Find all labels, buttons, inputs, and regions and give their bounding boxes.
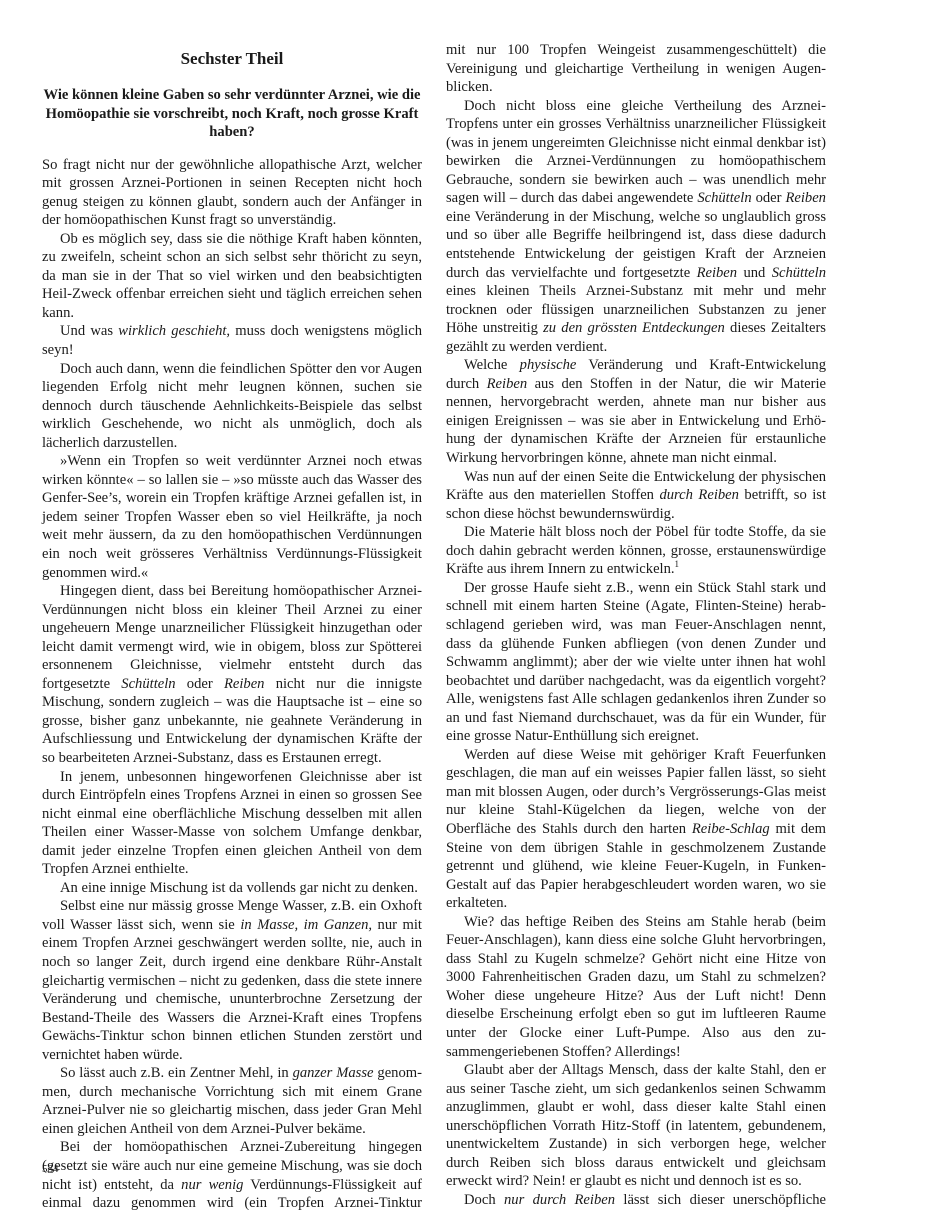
paragraph: In jenem, unbesonnen hingeworfenen Gleic…	[42, 768, 422, 879]
paragraph: Und was wirklich geschieht, muss doch we…	[42, 322, 422, 359]
paragraph: Selbst eine nur mässig grosse Menge Wass…	[42, 897, 422, 1064]
paragraph: Doch nur durch Reiben lässt sich dieser …	[446, 1191, 826, 1210]
paragraph: mit nur 100 Tropfen Weingeist zusammenge…	[446, 41, 826, 97]
paragraph: Der grosse Haufe sieht z.B., wenn ein St…	[446, 579, 826, 746]
paragraph: Doch nicht bloss eine gleiche Vertheilun…	[446, 97, 826, 357]
paragraph: Glaubt aber der Alltags Mensch, dass der…	[446, 1061, 826, 1191]
paragraph: Die Materie hält bloss noch der Pöbel fü…	[446, 523, 826, 579]
chapter-title: Wie können kleine Gaben so sehr verdünnt…	[42, 86, 422, 142]
paragraph: Was nun auf der einen Seite die Entwicke…	[446, 468, 826, 524]
page-number: 534	[42, 1163, 59, 1175]
paragraph: So lässt auch z.B. ein Zentner Mehl, in …	[42, 1064, 422, 1138]
part-title: Sechster Theil	[42, 48, 422, 70]
paragraph: An eine innige Mischung ist da vollends …	[42, 879, 422, 898]
paragraph: Werden auf diese Weise mit gehöriger Kra…	[446, 746, 826, 913]
paragraph: So fragt nicht nur der gewöhnliche allop…	[42, 156, 422, 230]
paragraph: Doch auch dann, wenn die feindlichen Spö…	[42, 360, 422, 453]
paragraph: Ob es möglich sey, dass sie die nöthige …	[42, 230, 422, 323]
paragraph: »Wenn ein Tropfen so weit verdünnter Arz…	[42, 452, 422, 582]
paragraph: Hingegen dient, dass bei Bereitung homöo…	[42, 582, 422, 767]
left-column: Sechster Theil Wie können kleine Gaben s…	[42, 48, 422, 1210]
paragraph: Bei der homöopathischen Arznei-Zubereitu…	[42, 1138, 422, 1210]
paragraph: Wie? das heftige Reiben des Steins am St…	[446, 913, 826, 1061]
right-column: mit nur 100 Tropfen Weingeist zusammenge…	[446, 41, 826, 1209]
footnote-reference[interactable]: 1	[675, 559, 680, 569]
paragraph: Welche physische Veränderung und Kraft-E…	[446, 356, 826, 467]
